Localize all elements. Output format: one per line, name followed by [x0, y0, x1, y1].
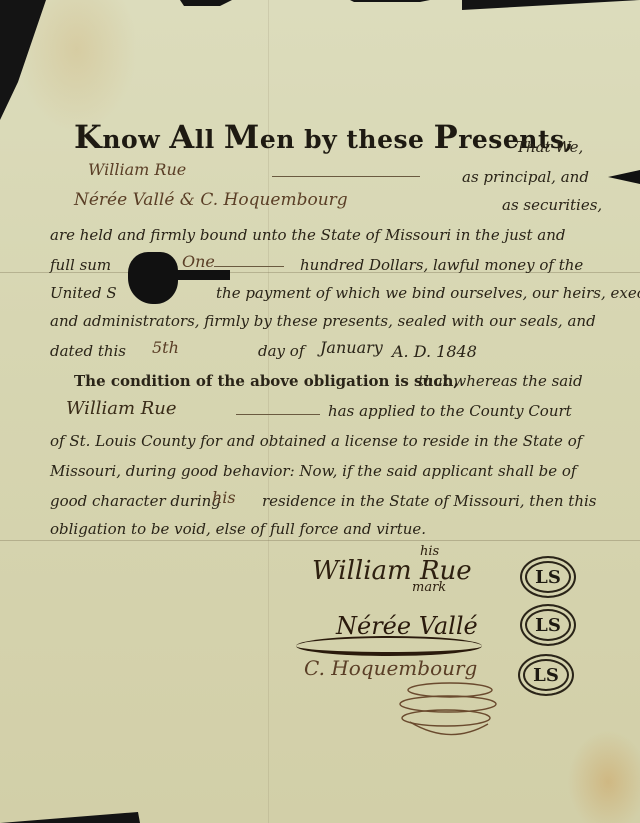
- text-line: full sum: [50, 256, 111, 274]
- text-line: has applied to the County Court: [328, 402, 572, 420]
- text-line: Missouri, during good behavior: Now, if …: [50, 462, 576, 480]
- heading-word: now: [102, 125, 169, 154]
- heading-cap: P: [434, 118, 459, 156]
- mark-label-above: his: [420, 544, 439, 559]
- heading-word: ll: [195, 125, 224, 154]
- date-year: A. D. 1848: [392, 342, 477, 361]
- signature-flourish: [296, 636, 482, 656]
- text-line: the payment of which we bind ourselves, …: [216, 284, 640, 302]
- mark-label-below: mark: [412, 580, 446, 595]
- text-line: that whereas the said: [418, 372, 583, 390]
- torn-hole: [170, 270, 230, 280]
- fold-line: [0, 540, 640, 541]
- text-line: good character during: [50, 492, 221, 510]
- text-line: United S: [50, 284, 117, 302]
- date-month: January: [320, 338, 383, 357]
- date-day: 5th: [152, 338, 179, 357]
- securities-label: as securities,: [502, 196, 602, 214]
- signature-flourish: [390, 676, 500, 756]
- seal-ls: LS: [518, 654, 574, 696]
- securities-names: Nérée Vallé & C. Hoquembourg: [74, 190, 348, 210]
- blank-line: [236, 414, 320, 415]
- text-line: are held and firmly bound unto the State…: [50, 226, 566, 244]
- pronoun-his: his: [212, 488, 236, 507]
- sum-amount: One: [182, 252, 215, 271]
- blank-line: [214, 266, 284, 267]
- text-line: day of: [258, 342, 304, 360]
- condition-heading: The condition of the above obligation is…: [74, 372, 459, 390]
- heading-cap: K: [74, 118, 102, 156]
- seal-ls: LS: [520, 604, 576, 646]
- applicant-name: William Rue: [66, 398, 177, 419]
- heading-lead: That We,: [516, 138, 583, 156]
- signature-william-rue: William Rue: [312, 556, 472, 586]
- text-line: obligation to be void, else of full forc…: [50, 520, 426, 538]
- heading-cap: M: [224, 118, 260, 156]
- text-line: and administrators, firmly by these pres…: [50, 312, 596, 330]
- blank-line: [272, 176, 420, 177]
- principal-name: William Rue: [88, 160, 186, 179]
- text-line: dated this: [50, 342, 126, 360]
- text-line: hundred Dollars, lawful money of the: [300, 256, 583, 274]
- text-line: residence in the State of Missouri, then…: [262, 492, 596, 510]
- principal-label: as principal, and: [462, 168, 589, 186]
- seal-ls: LS: [520, 556, 576, 598]
- document-heading: Know All Men by these Presents,: [74, 118, 574, 156]
- heading-word: en by these: [260, 125, 434, 154]
- heading-cap: A: [169, 118, 194, 156]
- text-line: of St. Louis County for and obtained a l…: [50, 432, 582, 450]
